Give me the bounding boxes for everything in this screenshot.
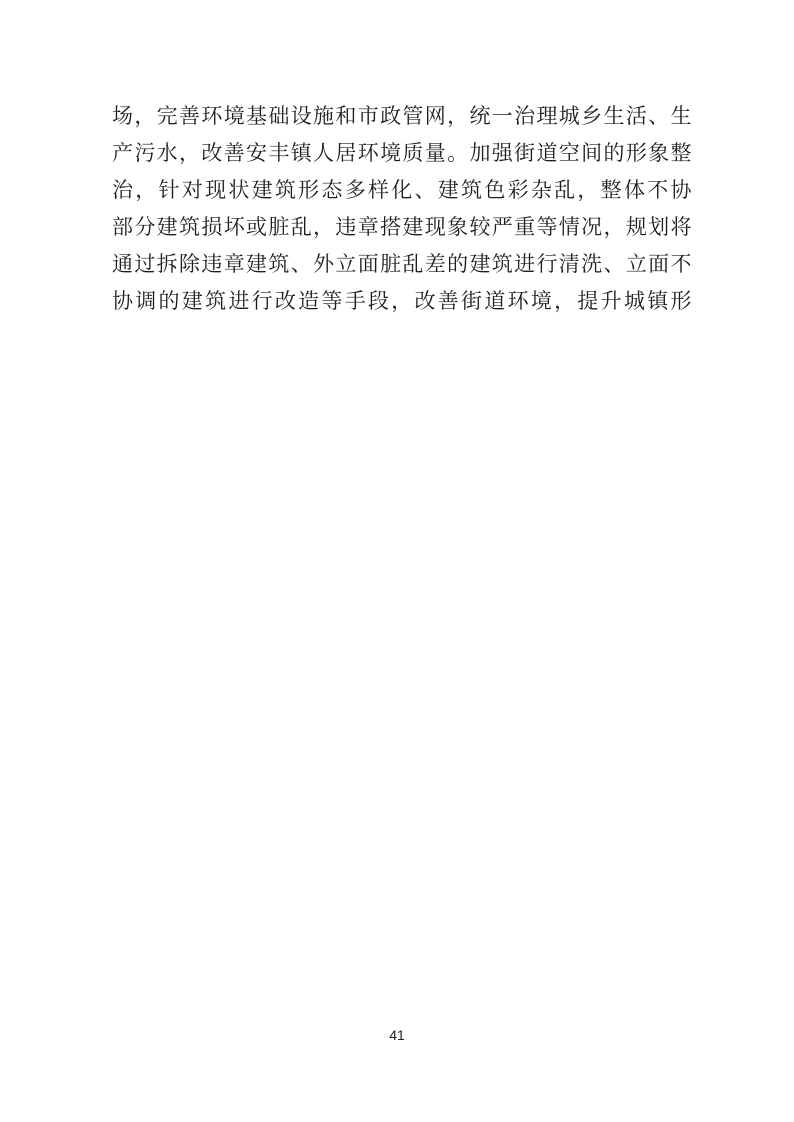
text-line: 部分建筑损坏或脏乱，违章搭建现象较严重等情况，规划将	[112, 209, 692, 246]
document-page: 场，完善环境基础设施和市政管网，统一治理城乡生活、生 产污水，改善安丰镇人居环境…	[0, 0, 794, 1122]
paragraph: 场，完善环境基础设施和市政管网，统一治理城乡生活、生 产污水，改善安丰镇人居环境…	[112, 98, 692, 320]
page-number: 41	[0, 1027, 794, 1043]
text-line: 通过拆除违章建筑、外立面脏乱差的建筑进行清洗、立面不	[112, 246, 692, 283]
text-line: 场，完善环境基础设施和市政管网，统一治理城乡生活、生	[112, 98, 692, 135]
text-line: 产污水，改善安丰镇人居环境质量。加强街道空间的形象整	[112, 135, 692, 172]
text-line: 协调的建筑进行改造等手段，改善街道环境，提升城镇形象。	[112, 283, 692, 320]
text-line: 治，针对现状建筑形态多样化、建筑色彩杂乱，整体不协调，	[112, 172, 692, 209]
